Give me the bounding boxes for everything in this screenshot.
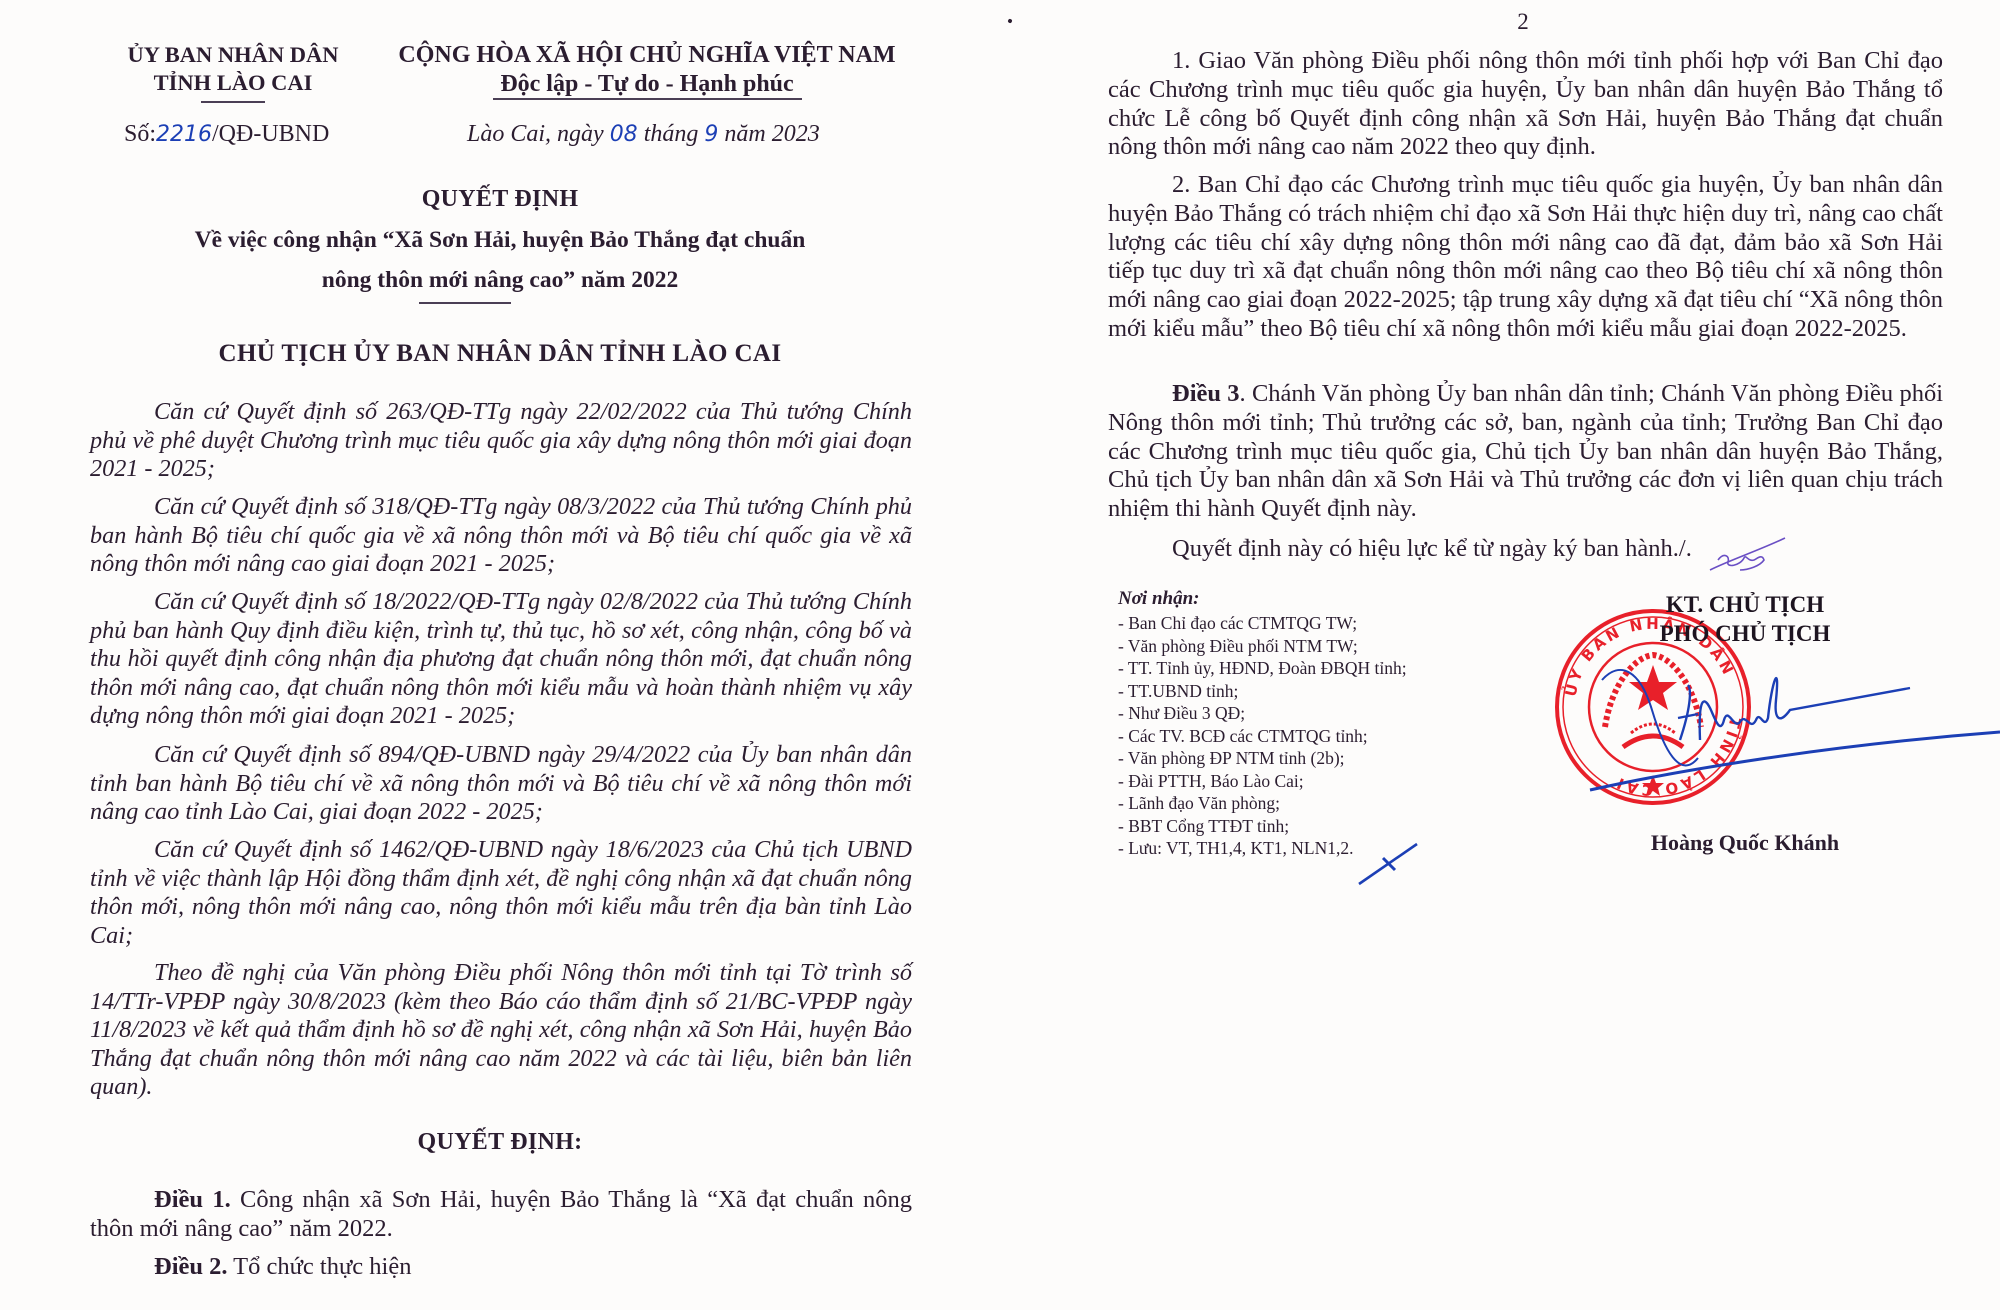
article-3: Điều 3. Chánh Văn phòng Ủy ban nhân dân … (1108, 380, 1943, 524)
recipient-item: - Văn phòng ĐP NTM tỉnh (2b); (1118, 747, 1407, 770)
document-title: QUYẾT ĐỊNH (100, 186, 900, 213)
recipient-item: - BBT Cổng TTĐT tỉnh; (1118, 815, 1407, 838)
article-1: Điều 1. Công nhận xã Sơn Hải, huyện Bảo … (90, 1186, 912, 1243)
handwritten-signature-icon (1580, 640, 2000, 820)
national-motto: CỘNG HÒA XÃ HỘI CHỦ NGHĨA VIỆT NAM Độc l… (372, 41, 922, 99)
page-number: 2 (1503, 9, 1543, 35)
header-right-divider (493, 98, 802, 100)
implementation-item-1: 1. Giao Văn phòng Điều phối nông thôn mớ… (1108, 47, 1943, 162)
recipient-item: - Lãnh đạo Văn phòng; (1118, 792, 1407, 815)
handwritten-day: 08 (610, 122, 638, 147)
decision-heading: QUYẾT ĐỊNH: (100, 1129, 900, 1156)
subtitle-divider (419, 302, 511, 304)
national-name: CỘNG HÒA XÃ HỘI CHỦ NGHĨA VIỆT NAM (372, 41, 922, 70)
effective-clause: Quyết định này có hiệu lực kể từ ngày ký… (1108, 535, 1943, 564)
date-line: Lào Cai, ngày 08 tháng 9 năm 2023 (467, 121, 820, 148)
legal-basis-1: Căn cứ Quyết định số 263/QĐ-TTg ngày 22/… (90, 398, 912, 484)
recipient-item: - Các TV. BCĐ các CTMTQG tỉnh; (1118, 725, 1407, 748)
recipients-list: Nơi nhận: - Ban Chỉ đạo các CTMTQG TW; -… (1118, 586, 1407, 860)
implementation-item-2: 2. Ban Chỉ đạo các Chương trình mục tiêu… (1108, 171, 1943, 344)
recommendation: Theo đề nghị của Văn phòng Điều phối Nôn… (90, 959, 912, 1102)
document-number: Số:2216/QĐ-UBND (124, 121, 329, 148)
recipients-heading: Nơi nhận: (1118, 586, 1407, 612)
legal-basis-2: Căn cứ Quyết định số 318/QĐ-TTg ngày 08/… (90, 493, 912, 579)
handwritten-month: 9 (704, 122, 718, 147)
issuing-authority-line1: ỦY BAN NHÂN DÂN (113, 41, 353, 69)
legal-basis-4: Căn cứ Quyết định số 894/QĐ-UBND ngày 29… (90, 741, 912, 827)
legal-basis-5: Căn cứ Quyết định số 1462/QĐ-UBND ngày 1… (90, 836, 912, 950)
recipient-item: - Văn phòng Điều phối NTM TW; (1118, 635, 1407, 658)
initial-signature-icon (1700, 530, 1790, 574)
article-2: Điều 2. Tổ chức thực hiện (90, 1253, 912, 1282)
recipient-item: - Như Điều 3 QĐ; (1118, 702, 1407, 725)
recipient-item: - Đài PTTH, Báo Lào Cai; (1118, 770, 1407, 793)
handwritten-number: 2216 (156, 122, 212, 147)
authority-heading: CHỦ TỊCH ỦY BAN NHÂN DÂN TỈNH LÀO CAI (80, 340, 920, 368)
issuing-authority: ỦY BAN NHÂN DÂN TỈNH LÀO CAI (113, 41, 353, 97)
document-subtitle: Về việc công nhận “Xã Sơn Hải, huyện Bảo… (60, 220, 940, 300)
signer-name-block: Hoàng Quốc Khánh (1590, 830, 1900, 856)
legal-basis-3: Căn cứ Quyết định số 18/2022/QĐ-TTg ngày… (90, 588, 912, 731)
header-left-divider (201, 101, 265, 103)
signer-name: Hoàng Quốc Khánh (1590, 830, 1900, 856)
issuing-authority-line2: TỈNH LÀO CAI (113, 69, 353, 97)
recipient-item: - Ban Chỉ đạo các CTMTQG TW; (1118, 612, 1407, 635)
recipient-item: - TT. Tỉnh ủy, HĐND, Đoàn ĐBQH tỉnh; (1118, 657, 1407, 680)
scan-speck (1007, 18, 1012, 23)
recipient-item: - TT.UBND tỉnh; (1118, 680, 1407, 703)
motto: Độc lập - Tự do - Hạnh phúc (372, 70, 922, 99)
archive-checkmark-icon (1355, 840, 1425, 890)
